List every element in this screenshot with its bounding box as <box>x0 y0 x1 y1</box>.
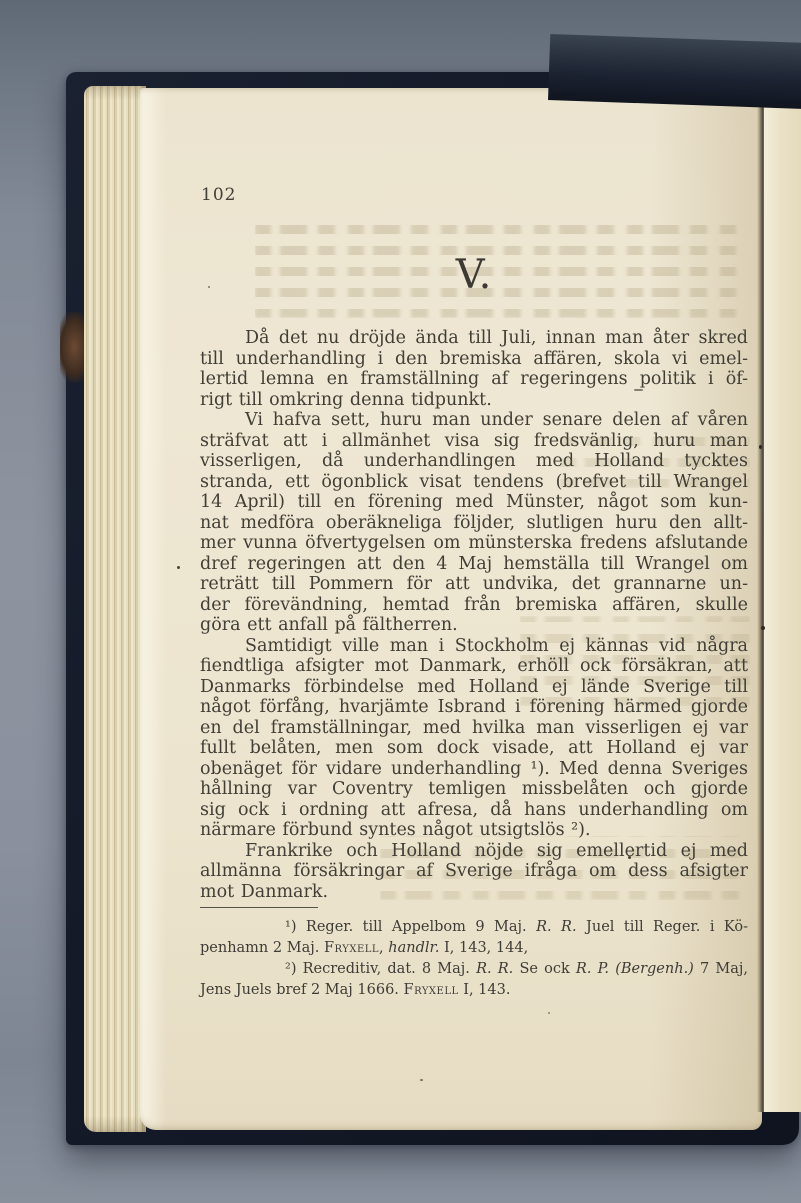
footnote-segment: Juel till Reger. i Kö- <box>577 919 748 935</box>
foxing-speck <box>420 1079 423 1081</box>
text-line: obenäget för vidare underhandling ¹). Me… <box>200 759 748 780</box>
text-line: nat medföra oberäkneliga följder, slutli… <box>200 513 748 534</box>
text-line: lertid lemna en framställning af regerin… <box>200 369 748 390</box>
footnote-line: Jens Juels bref 2 Maj 1666. Fryxell I, 1… <box>200 980 748 1001</box>
footnote-segment: I, 143. <box>459 982 511 998</box>
footnote-segment: Jens Juels bref 2 Maj 1666. <box>200 982 404 998</box>
paragraph: Samtidigt ville man i Stockholm ej känna… <box>200 636 748 841</box>
text-line: dref regeringen att den 4 Maj hemställa … <box>200 554 748 575</box>
text-line: sträfvat att i allmänhet visa sig fredsv… <box>200 431 748 452</box>
text-line: Samtidigt ville man i Stockholm ej känna… <box>200 636 748 657</box>
body-text: Då det nu dröjde ända till Juli, innan m… <box>200 328 748 902</box>
paragraph: Vi hafva sett, huru man under senare del… <box>200 410 748 636</box>
text-line: något förfång, hvarjämte Isbrand i fören… <box>200 697 748 718</box>
facing-page-sliver <box>764 84 801 1112</box>
footnote-segment: I, 143, 144, <box>439 940 528 956</box>
gutter-speck <box>759 445 762 449</box>
foxing-speck <box>548 1012 550 1014</box>
text-line: göra ett anfall på fältherren. <box>200 615 748 636</box>
book-page: 102 V. Då det nu dröjde ända till Juli, … <box>140 88 762 1130</box>
text-line: till underhandling i den bremiska affäre… <box>200 349 748 370</box>
footnotes: ¹) Reger. till Appelbom 9 Maj. R. R. Jue… <box>200 917 748 1001</box>
footnote-segment: 7 Maj, <box>694 961 748 977</box>
footnote-segment: Fryxell <box>404 982 459 998</box>
text-line: rigt till omkring denna tidpunkt. <box>200 390 748 411</box>
footnote-segment: R. P. (Bergenh.) <box>576 961 694 977</box>
book-cover-top-edge <box>548 34 801 109</box>
text-line: 14 April) till en förening med Münster, … <box>200 492 748 513</box>
footnote-segment: ¹) Reger. till Appelbom 9 Maj. <box>285 919 536 935</box>
text-line: reträtt till Pommern för att undvika, de… <box>200 574 748 595</box>
pencil-mark <box>634 389 643 391</box>
text-line: mot Danmark. <box>200 882 748 903</box>
text-line: visserligen, då underhandlingen med Holl… <box>200 451 748 472</box>
footnote-segment: R. R. <box>536 919 577 935</box>
chapter-heading: V. <box>200 252 748 298</box>
footnote-separator <box>200 907 318 908</box>
page-number: 102 <box>201 185 236 205</box>
text-line: stranda, ett ögonblick visat tendens (br… <box>200 472 748 493</box>
footnote-segment: Fryxell <box>324 940 379 956</box>
text-line: en del framställningar, med hvilka man v… <box>200 718 748 739</box>
text-line: fullt belåten, men som dock visade, att … <box>200 738 748 759</box>
foxing-speck <box>177 566 180 569</box>
foxing-speck <box>208 286 210 288</box>
footnote-line: ¹) Reger. till Appelbom 9 Maj. R. R. Jue… <box>200 917 748 938</box>
foxing-speck <box>628 856 631 859</box>
page-fore-edge-stack <box>84 86 146 1132</box>
footnote-segment: handlr. <box>388 940 439 956</box>
text-line: Då det nu dröjde ända till Juli, innan m… <box>200 328 748 349</box>
footnote-segment: , <box>379 940 388 956</box>
footnote-segment: penhamn 2 Maj. <box>200 940 324 956</box>
text-line: hållning var Coventry temligen missbelåt… <box>200 779 748 800</box>
footnote-segment: Se ock <box>513 961 576 977</box>
footnote-segment: R. R. <box>476 961 513 977</box>
text-line: Danmarks förbindelse med Holland ej länd… <box>200 677 748 698</box>
footnote-line: penhamn 2 Maj. Fryxell, handlr. I, 143, … <box>200 938 748 959</box>
paragraph: Då det nu dröjde ända till Juli, innan m… <box>200 328 748 410</box>
text-line: Vi hafva sett, huru man under senare del… <box>200 410 748 431</box>
text-line: fiendtliga afsigter mot Danmark, erhöll … <box>200 656 748 677</box>
gutter-speck <box>761 626 765 630</box>
text-line: allmänna försäkringar af Sverige ifråga … <box>200 861 748 882</box>
text-line: der förevändning, hemtad från bremiska a… <box>200 595 748 616</box>
photo-background: 102 V. Då det nu dröjde ända till Juli, … <box>0 0 801 1203</box>
footnote-segment: ²) Recreditiv, dat. 8 Maj. <box>285 961 476 977</box>
text-line: sig ock i ordning att afresa, då hans un… <box>200 800 748 821</box>
footnote-line: ²) Recreditiv, dat. 8 Maj. R. R. Se ock … <box>200 959 748 980</box>
paragraph: Frankrike och Holland nöjde sig emellert… <box>200 841 748 903</box>
text-line: närmare förbund syntes något utsigtslös … <box>200 820 748 841</box>
text-line: Frankrike och Holland nöjde sig emellert… <box>200 841 748 862</box>
text-line: mer vunna öfvertygelsen om münsterska fr… <box>200 533 748 554</box>
